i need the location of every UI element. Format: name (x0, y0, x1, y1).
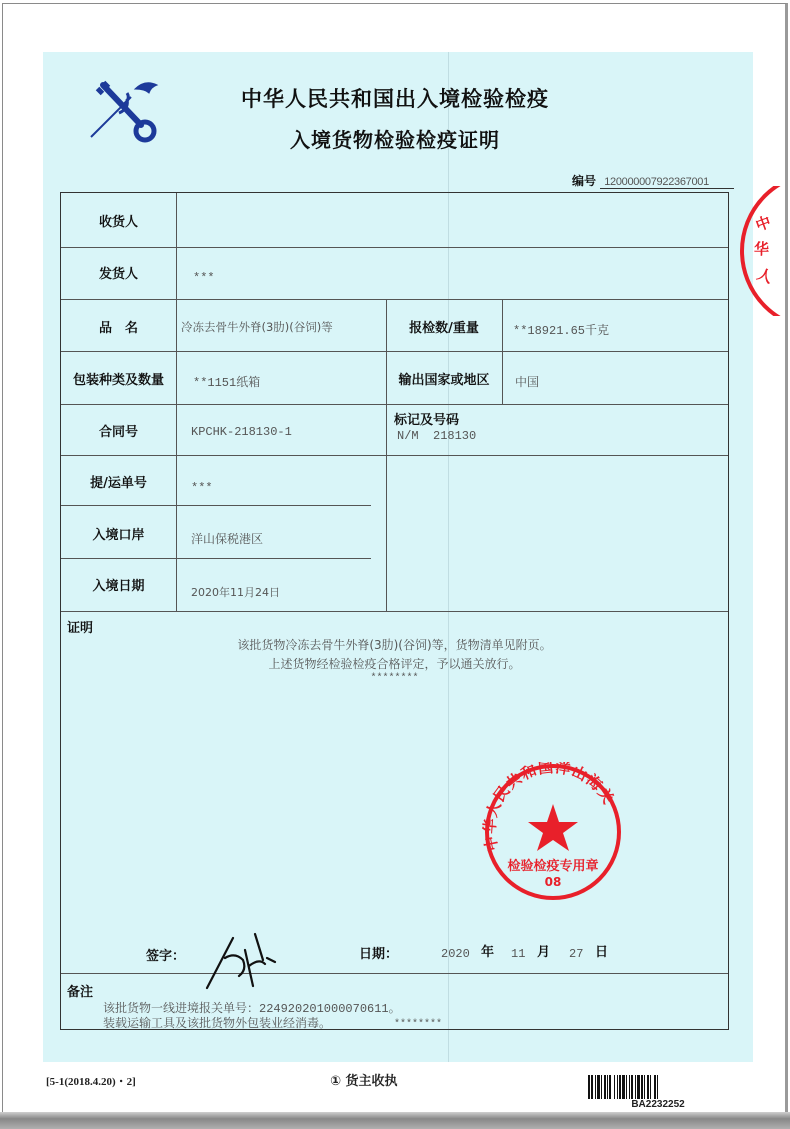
consignor-value: *** (193, 271, 215, 285)
form-code: [5-1(2018.4.20)・2] (46, 1073, 136, 1089)
barcode-text: BA2232252 (588, 1099, 728, 1110)
remarks-line-2: 装载运输工具及该批货物外包装业经消毒。 (103, 1014, 331, 1031)
bill-no-value: *** (191, 481, 213, 495)
copy-label: ① 货主收执 (330, 1070, 398, 1089)
remarks-label: 备注 (67, 981, 93, 1000)
seal-inner-text: 检验检疫专用章 (507, 858, 598, 874)
quantity-weight-label: 报检数/重量 (386, 317, 502, 336)
sign-month: 11 (511, 947, 525, 961)
handwritten-signature (205, 930, 285, 990)
sign-year: 2020 (441, 947, 470, 961)
contract-no-value: KPCHK-218130-1 (191, 425, 292, 439)
entry-port-label: 入境口岸 (61, 524, 176, 543)
marks-label: 标记及号码 (394, 409, 459, 428)
serial-label: 编号 (572, 174, 596, 188)
document-title: 中华人民共和国出入境检验检疫 (160, 83, 630, 113)
svg-text:人: 人 (755, 265, 775, 287)
packaging-value: **1151纸箱 (193, 373, 260, 390)
customs-seal-stamp: 中华人民共和国洋山海关 检验检疫专用章 08 (478, 762, 628, 902)
certification-label: 证明 (67, 617, 93, 636)
quantity-weight-value: **18921.65千克 (513, 321, 609, 338)
viewer-bottom-bar (0, 1112, 790, 1129)
remarks-line-3: ******** (394, 1019, 442, 1030)
date-label: 日期： (359, 943, 398, 962)
contract-no-label: 合同号 (61, 421, 176, 440)
seal-code: 08 (545, 875, 562, 889)
partial-seal-stamp: 中 华 人 中华人民共 (728, 186, 790, 316)
svg-text:华: 华 (754, 240, 769, 258)
entry-port-value: 洋山保税港区 (191, 530, 263, 547)
customs-emblem-icon (85, 75, 165, 145)
sign-year-unit: 年 (481, 941, 494, 960)
certification-line-2: 上述货物经检验检疫合格评定，予以通关放行。 (61, 655, 728, 672)
packaging-label: 包装种类及数量 (61, 369, 176, 388)
sign-day-unit: 日 (595, 941, 608, 960)
svg-text:中: 中 (753, 213, 773, 235)
barcode (588, 1075, 728, 1099)
entry-date-value: 2020年11月24日 (191, 584, 280, 600)
document-subtitle: 入境货物检验检疫证明 (160, 124, 630, 153)
export-country-label: 输出国家或地区 (386, 369, 502, 388)
serial-number: 编号 120000007922367001 (572, 172, 734, 189)
goods-name-label: 品 名 (61, 317, 176, 336)
signature-label: 签字： (146, 945, 185, 964)
consignor-label: 发货人 (61, 263, 176, 282)
sign-month-unit: 月 (537, 941, 550, 960)
export-country-value: 中国 (515, 373, 539, 390)
certification-line-1: 该批货物冷冻去骨牛外脊(3肋)(谷饲)等，货物清单见附页。 (61, 636, 728, 653)
sign-day: 27 (569, 947, 583, 961)
certificate-table: 收货人 发货人 *** 品 名 冷冻去骨牛外脊(3肋)(谷饲)等 报检数/重量 … (60, 192, 729, 1030)
goods-name-value: 冷冻去骨牛外脊(3肋)(谷饲)等 (181, 319, 333, 335)
marks-value: N/M 218130 (397, 429, 476, 443)
consignee-label: 收货人 (61, 211, 176, 230)
certification-line-3: ******** (61, 673, 728, 684)
entry-date-label: 入境日期 (61, 575, 176, 594)
bill-no-label: 提/运单号 (61, 472, 176, 491)
serial-value: 120000007922367001 (600, 176, 734, 189)
